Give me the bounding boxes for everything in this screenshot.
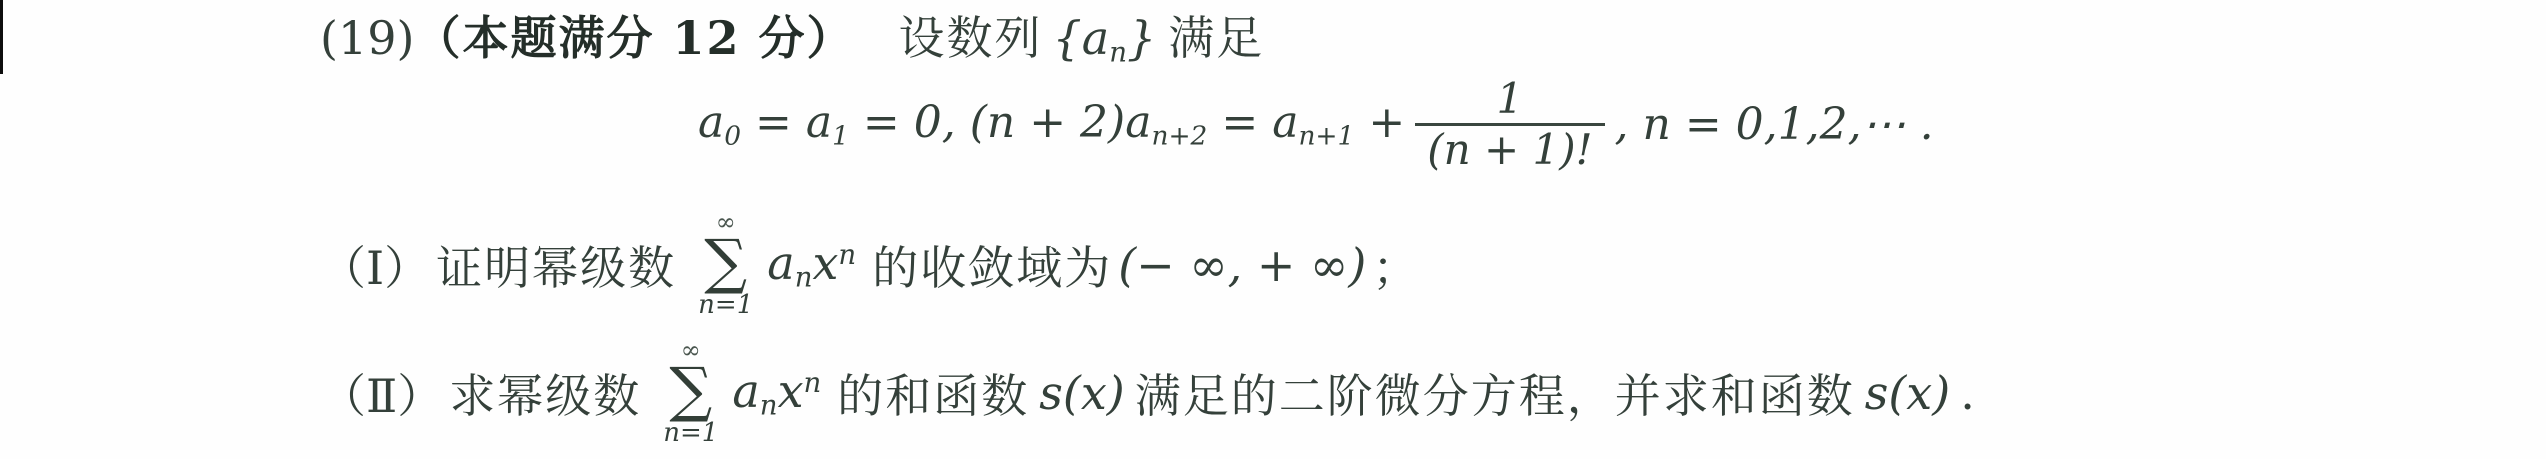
sum-function-2: s(x)	[1865, 366, 1950, 420]
part2-line: （Ⅱ） 求幂级数 ∞ ∑ n=1 anxn 的和函数 s(x) 满足的二阶微分方…	[320, 334, 1977, 452]
sigma-icon: ∑	[704, 234, 747, 291]
summation-lower-limit: n=1	[663, 419, 718, 448]
summation-part1: ∞ ∑ n=1	[698, 210, 753, 320]
part2-mid2-text: 满足的二阶微分方程，并求和函数	[1135, 360, 1855, 426]
summation-part2: ∞ ∑ n=1	[663, 338, 718, 448]
recurrence-formula: a0 = a1 = 0, (n + 2)an+2 = an+1 + 1 (n +…	[698, 68, 1934, 180]
series-term-part2: anxn	[732, 364, 821, 422]
intro-tail-text: 满足	[1168, 11, 1264, 65]
sequence-symbol: {an}	[1052, 11, 1156, 65]
part1-pre-text: 证明幂级数	[436, 232, 676, 298]
part2-mid1-text: 的和函数	[837, 360, 1029, 426]
part2-label: （Ⅱ）	[320, 360, 443, 426]
scan-edge-mark	[0, 0, 3, 74]
part1-label: （Ⅰ）	[320, 232, 430, 298]
fraction-numerator: 1	[1485, 75, 1536, 122]
fraction: 1 (n + 1)!	[1415, 75, 1604, 172]
convergence-interval: (− ∞, + ∞)	[1118, 238, 1366, 292]
intro-text: 设数列	[898, 11, 1042, 65]
part2-pre-text: 求幂级数	[449, 360, 641, 426]
problem-number: (19)	[320, 11, 414, 65]
recurrence-lhs: a0 = a1 = 0, (n + 2)an+2 = an+1 +	[698, 97, 1405, 151]
sum-function-1: s(x)	[1039, 366, 1124, 420]
score-note: （本题满分 12 分）	[414, 11, 854, 65]
summation-lower-limit: n=1	[698, 291, 753, 320]
fraction-denominator: (n + 1)!	[1415, 126, 1604, 173]
series-term-part1: anxn	[767, 236, 856, 294]
part2-end-punct: .	[1960, 366, 1977, 420]
sigma-icon: ∑	[669, 362, 712, 419]
part1-line: （Ⅰ） 证明幂级数 ∞ ∑ n=1 anxn 的收敛域为 (− ∞, + ∞) …	[320, 206, 1420, 324]
part1-end-punct: ；	[1372, 232, 1420, 298]
part1-post-text: 的收敛域为	[872, 232, 1112, 298]
problem-header-line: (19)（本题满分 12 分）设数列{an}满足	[320, 12, 1264, 68]
scanned-exam-page: (19)（本题满分 12 分）设数列{an}满足 a0 = a1 = 0, (n…	[0, 0, 2546, 459]
recurrence-tail: , n = 0,1,2,⋯ .	[1615, 99, 1934, 150]
